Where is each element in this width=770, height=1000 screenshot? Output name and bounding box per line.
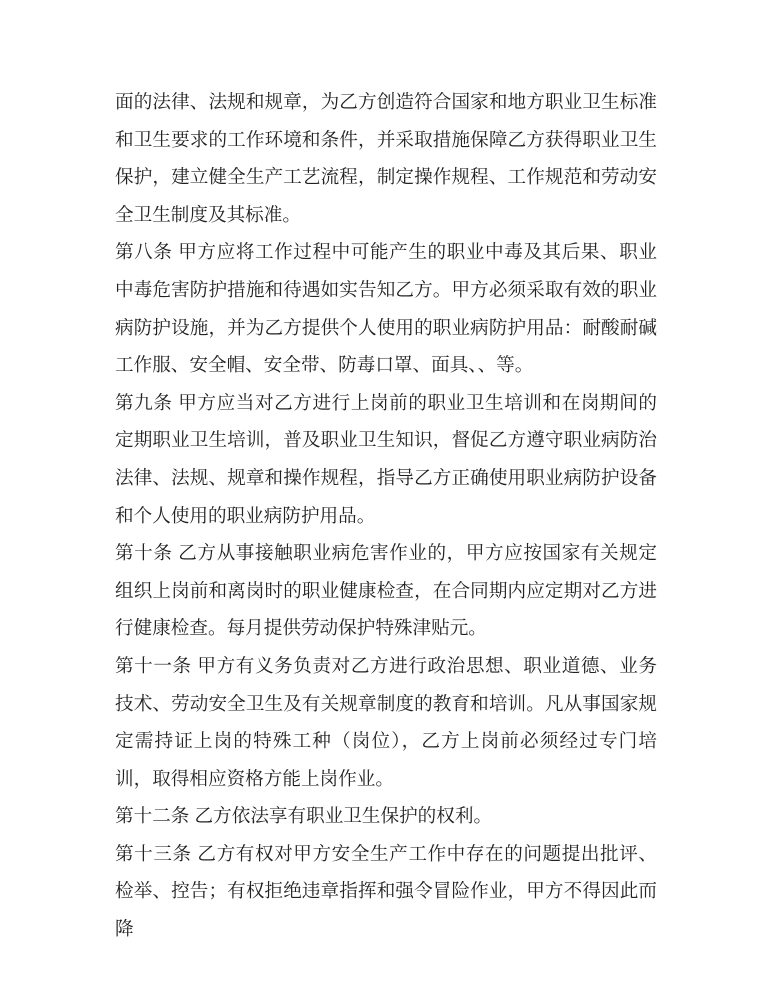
document-page: 面的法律、法规和规章，为乙方创造符合国家和地方职业卫生标准和卫生要求的工作环境和… [0, 0, 770, 1000]
clause-13-paragraph: 第十三条 乙方有权对甲方安全生产工作中存在的问题提出批评、检举、控告；有权拒绝违… [115, 835, 657, 948]
clause-8-paragraph: 第八条 甲方应将工作过程中可能产生的职业中毒及其后果、职业中毒危害防护措施和待遇… [115, 233, 657, 383]
clause-12-paragraph: 第十二条 乙方依法享有职业卫生保护的权利。 [115, 797, 657, 835]
contract-body: 面的法律、法规和规章，为乙方创造符合国家和地方职业卫生标准和卫生要求的工作环境和… [115, 83, 657, 948]
clause-10-paragraph: 第十条 乙方从事接触职业病危害作业的，甲方应按国家有关规定组织上岗前和离岗时的职… [115, 534, 657, 647]
clause-11-paragraph: 第十一条 甲方有义务负责对乙方进行政治思想、职业道德、业务技术、劳动安全卫生及有… [115, 647, 657, 797]
clause-continuation-paragraph: 面的法律、法规和规章，为乙方创造符合国家和地方职业卫生标准和卫生要求的工作环境和… [115, 83, 657, 233]
clause-9-paragraph: 第九条 甲方应当对乙方进行上岗前的职业卫生培训和在岗期间的定期职业卫生培训，普及… [115, 384, 657, 534]
